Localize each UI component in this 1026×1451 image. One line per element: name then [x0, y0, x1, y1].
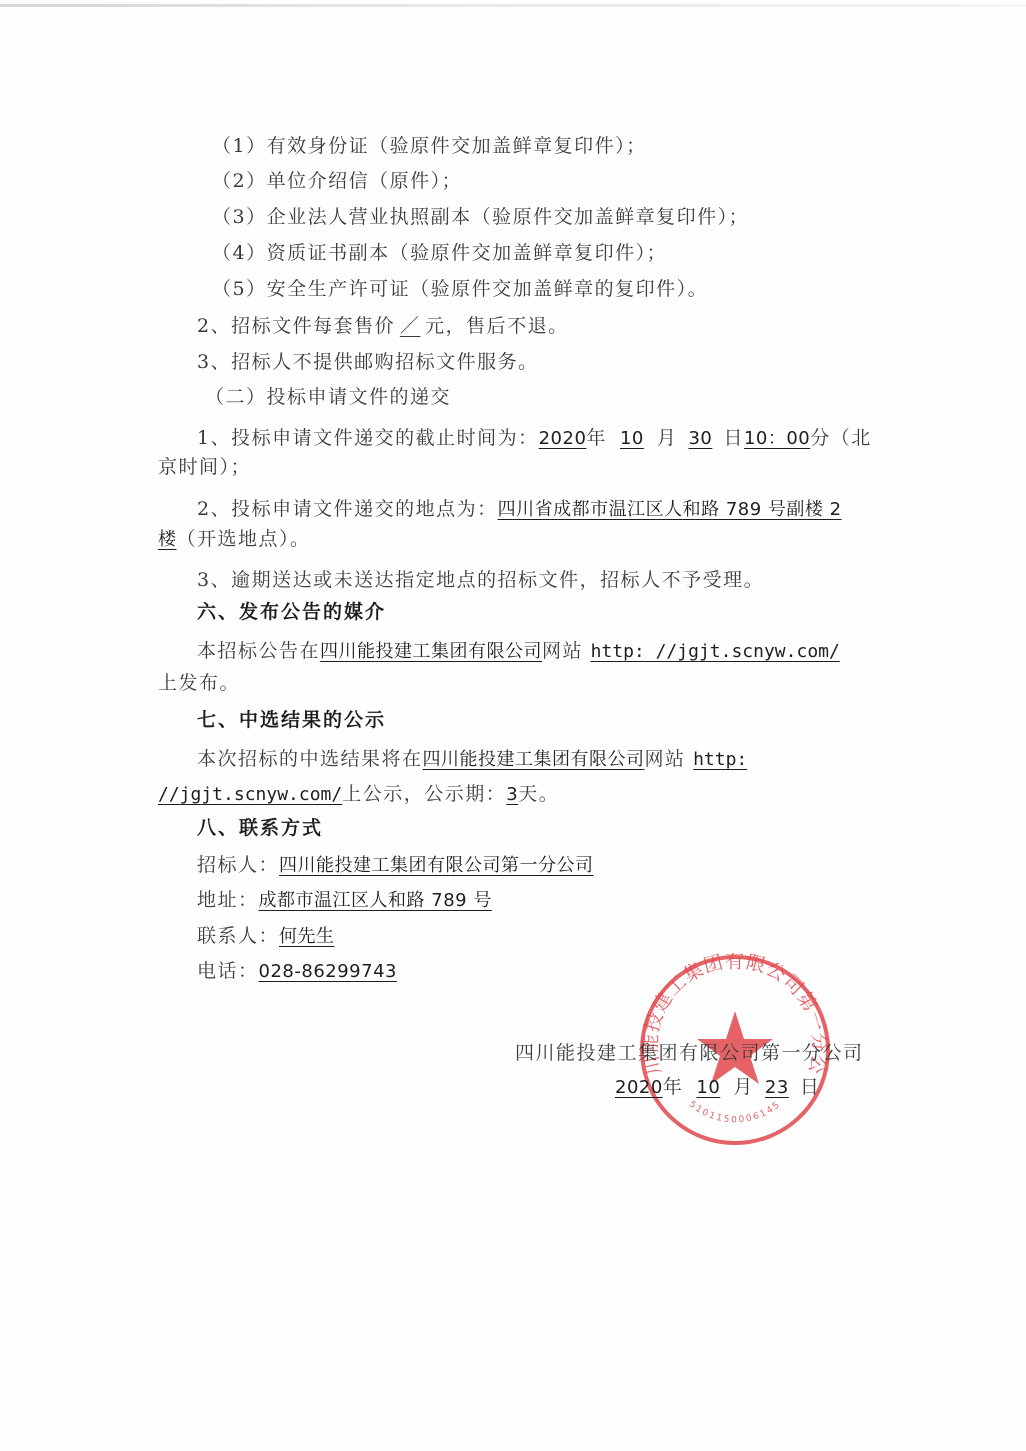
section-7-suffix: 上公示，公示期： — [342, 783, 506, 805]
signature-month: 10 — [683, 1077, 733, 1098]
section-7-company: 四川能投建工集团有限公司 — [423, 749, 645, 770]
deadline-time-unit: 分（北 — [810, 427, 872, 449]
signature-year: 2020 — [615, 1077, 663, 1098]
signature-day-unit: 日 — [800, 1076, 821, 1098]
mail-service-note: 3、招标人不提供邮购招标文件服务。 — [197, 350, 539, 374]
contact-value: 成都市温江区人和路 789 号 — [259, 890, 492, 911]
section-7-heading: 七、中选结果的公示 — [197, 708, 386, 732]
contact-phone: 电话：028-86299743 — [197, 959, 397, 984]
section-6-url[interactable]: http: //jgjt.scnyw.com/ — [591, 641, 840, 662]
deadline-time: 10：00 — [744, 428, 810, 449]
location-continuation: 楼（开选地点）。 — [158, 527, 311, 552]
deadline-year: 2020 — [539, 428, 587, 449]
price-prefix: 2、招标文件每套售价 — [197, 315, 395, 337]
section-6-prefix: 本招标公告在 — [197, 640, 320, 662]
deadline-month: 10 — [607, 427, 657, 451]
publicity-days: 3 — [506, 784, 518, 805]
seal-serial: 5101150006145 — [687, 1100, 783, 1126]
signature-month-unit: 月 — [733, 1076, 754, 1098]
requirement-item-1: （1）有效身份证（验原件交加盖鲜章复印件）； — [212, 134, 647, 158]
section-7-body: 本次招标的中选结果将在四川能投建工集团有限公司网站 http: — [197, 747, 787, 772]
location-address-cont: 楼 — [158, 529, 177, 550]
price-suffix: 元，售后不退。 — [425, 315, 569, 337]
section-6-heading: 六、发布公告的媒介 — [197, 600, 386, 624]
section-7-suffix2: 天。 — [518, 783, 559, 805]
scan-edge-line — [0, 4, 1026, 7]
svg-text:5101150006145: 5101150006145 — [687, 1100, 783, 1126]
section-7-url-part2[interactable]: //jgjt.scnyw.com/ — [158, 784, 342, 805]
section-6-company: 四川能投建工集团有限公司 — [320, 641, 542, 662]
contact-address: 地址：成都市温江区人和路 789 号 — [197, 888, 492, 913]
section-6-continuation: 上发布。 — [158, 671, 240, 695]
requirement-item-5: （5）安全生产许可证（验原件交加盖鲜章的复印件）。 — [212, 277, 708, 301]
requirement-item-3: （3）企业法人营业执照副本（验原件交加盖鲜章复印件）； — [212, 205, 749, 229]
contact-value: 四川能投建工集团有限公司第一分公司 — [279, 855, 594, 876]
deadline-line: 1、投标申请文件递交的截止时间为：2020年10月30日10：00分（北 — [197, 426, 872, 451]
deadline-year-unit: 年 — [586, 427, 607, 449]
signature-company: 四川能投建工集团有限公司第一分公司 — [515, 1038, 864, 1065]
price-value: ／ — [395, 314, 425, 338]
deadline-day-unit: 日 — [723, 427, 744, 449]
contact-label: 电话： — [197, 960, 259, 982]
subsection-submission: （二）投标申请文件的递交 — [205, 385, 451, 409]
section-7-continuation: //jgjt.scnyw.com/上公示，公示期：3天。 — [158, 782, 559, 807]
location-address: 四川省成都市温江区人和路 789 号副楼 2 — [498, 499, 842, 520]
signature-day: 23 — [754, 1077, 800, 1098]
signature-date: 2020年10月23日 — [615, 1072, 820, 1099]
contact-label: 招标人： — [197, 854, 279, 876]
deadline-day: 30 — [677, 427, 723, 451]
signature-year-unit: 年 — [663, 1076, 684, 1098]
contact-label: 地址： — [197, 889, 259, 911]
section-7-mid: 网站 — [645, 748, 686, 770]
contact-person: 联系人：何先生 — [197, 924, 335, 949]
section-6-mid: 网站 — [542, 640, 583, 662]
contact-label: 联系人： — [197, 925, 279, 947]
section-6-body: 本招标公告在四川能投建工集团有限公司网站 http: //jgjt.scnyw.… — [197, 639, 840, 664]
deadline-continuation: 京时间）； — [158, 455, 251, 479]
deadline-prefix: 1、投标申请文件递交的截止时间为： — [197, 427, 539, 449]
document-page: （1）有效身份证（验原件交加盖鲜章复印件）； （2）单位介绍信（原件）； （3）… — [0, 0, 1026, 1451]
location-line: 2、投标申请文件递交的地点为：四川省成都市温江区人和路 789 号副楼 2 — [197, 497, 842, 522]
late-submission-note: 3、逾期送达或未送达指定地点的招标文件，招标人不予受理。 — [197, 568, 764, 592]
contact-value: 何先生 — [279, 926, 335, 947]
section-7-prefix: 本次招标的中选结果将在 — [197, 748, 423, 770]
section-8-heading: 八、联系方式 — [197, 816, 323, 840]
requirement-item-4: （4）资质证书副本（验原件交加盖鲜章复印件）； — [212, 241, 667, 265]
price-line: 2、招标文件每套售价／元，售后不退。 — [197, 314, 569, 338]
requirement-item-2: （2）单位介绍信（原件）； — [212, 169, 462, 193]
contact-value: 028-86299743 — [259, 961, 397, 982]
deadline-month-unit: 月 — [657, 427, 678, 449]
location-prefix: 2、投标申请文件递交的地点为： — [197, 498, 498, 520]
location-suffix: （开选地点）。 — [177, 528, 311, 550]
contact-tenderer: 招标人：四川能投建工集团有限公司第一分公司 — [197, 853, 594, 878]
section-7-url-part1[interactable]: http: — [693, 749, 787, 770]
